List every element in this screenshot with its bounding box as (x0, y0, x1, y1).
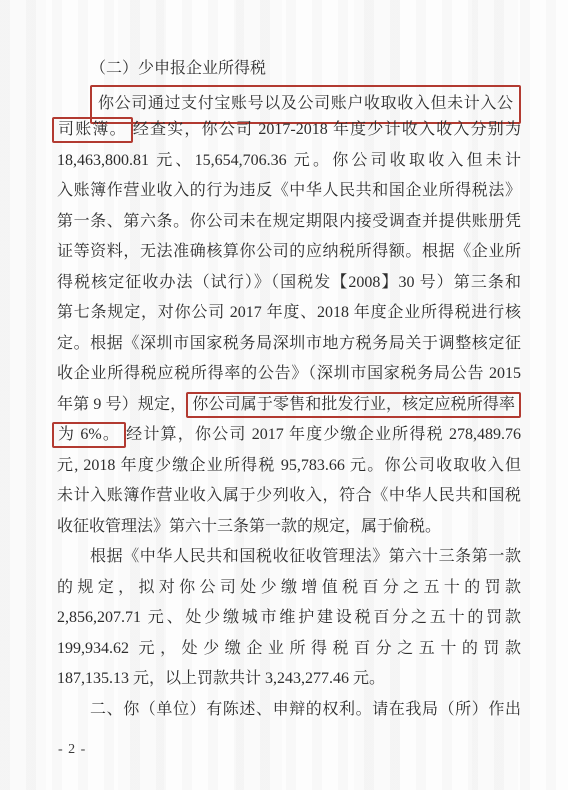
text-line: 定。根据《深圳市国家税务局深圳市地方税务局关于调整核定征 (57, 329, 521, 360)
highlight-box: 司账簿。 (52, 117, 133, 143)
text-line: 司账簿。经查实，你公司 2017-2018 年度少计收入收入分别为 (57, 115, 521, 146)
text-line: 的规定，拟对你公司处少缴增值税百分之五十的罚款 (57, 573, 521, 604)
text-line: 为 6%。经计算，你公司 2017 年度少缴企业所得税 278,489.76 (57, 420, 521, 451)
text-line: 你公司通过支付宝账号以及公司账户收取收入但未计入公 (57, 85, 521, 116)
document-page: （二）少申报企业所得税 你公司通过支付宝账号以及公司账户收取收入但未计入公 司账… (0, 0, 568, 790)
text-line: 18,463,800.81 元、15,654,706.36 元。你公司收取收入但… (57, 146, 521, 177)
text-line: 187,135.13 元，以上罚款共计 3,243,277.46 元。 (57, 664, 521, 695)
text-line: 入账簿作营业收入的行为违反《中华人民共和国企业所得税法》 (57, 176, 521, 207)
text-line: 199,934.62 元，处少缴企业所得税百分之五十的罚款 (57, 634, 521, 665)
text-segment: 经计算，你公司 2017 年度少缴企业所得税 278,489.76 (126, 426, 521, 443)
text-line: 得税核定征收办法（试行）》（国税发【2008】30 号）第三条和 (57, 268, 521, 299)
highlight-box: 为 6%。 (52, 422, 126, 448)
section-heading: （二）少申报企业所得税 (57, 54, 521, 85)
text-line: 第一条、第六条。你公司未在规定期限内接受调查并提供账册凭 (57, 207, 521, 238)
text-segment: 经查实，你公司 2017-2018 年度少计收入收入分别为 (133, 121, 521, 138)
text-line: 第七条规定，对你公司 2017 年度、2018 年度企业所得税进行核 (57, 298, 521, 329)
text-line: 二、你（单位）有陈述、申辩的权利。请在我局（所）作出 (57, 695, 521, 726)
text-line: 未计入账簿作营业收入属于少列收入，符合《中华人民共和国税 (57, 481, 521, 512)
text-line: 年第 9 号）规定，你公司属于零售和批发行业，核定应税所得率 (57, 390, 521, 421)
text-line: 证等资料，无法准确核算你公司的应纳税所得额。根据《企业所 (57, 237, 521, 268)
text-line: 收企业所得税应税所得率的公告》（深圳市国家税务局公告 2015 (57, 359, 521, 390)
highlight-box: 你公司属于零售和批发行业，核定应税所得率 (186, 392, 521, 418)
page-number: - 2 - (58, 742, 86, 758)
text-line: 2,856,207.71 元、处少缴城市维护建设税百分之五十的罚款 (57, 603, 521, 634)
text-line: 收征收管理法》第六十三条第一款的规定，属于偷税。 (57, 512, 521, 543)
text-segment: 年第 9 号）规定， (57, 396, 186, 413)
document-text-block: （二）少申报企业所得税 你公司通过支付宝账号以及公司账户收取收入但未计入公 司账… (57, 54, 521, 725)
text-line: 根据《中华人民共和国税收征收管理法》第六十三条第一款 (57, 542, 521, 573)
text-line: 元, 2018 年度少缴企业所得税 95,783.66 元。你公司收取收入但 (57, 451, 521, 482)
